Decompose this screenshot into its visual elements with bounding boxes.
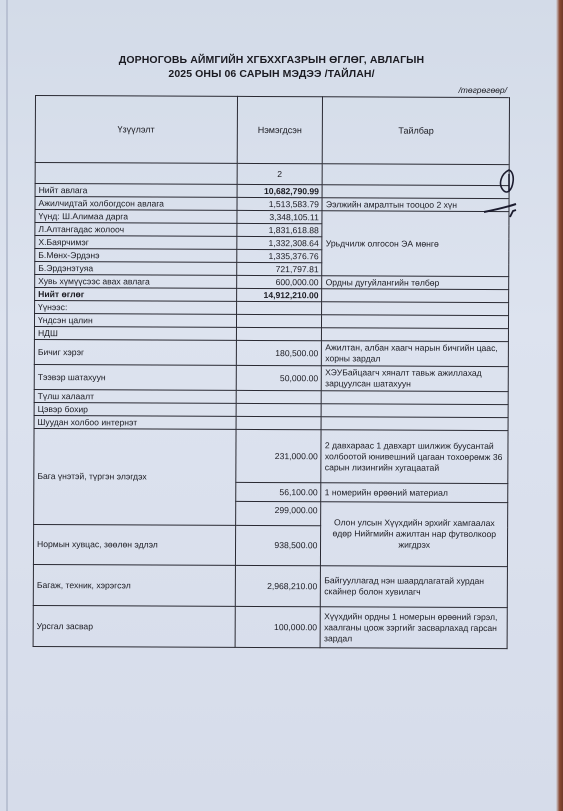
table-row-low-value: Бага үнэтэй, түргэн элэгдэх 231,000.00 2… [34,428,508,483]
report-table: Үзүүлэлт Нэмэгдсэн Тайлбар 2 Нийт авлага… [33,95,510,649]
header-row: Үзүүлэлт Нэмэгдсэн Тайлбар [35,96,509,165]
advance-note: Урьдчилж олгосон ЭА мөнгө [322,211,509,277]
header-increased: Нэмэгдсэн [237,96,323,163]
document-title-line1: ДОРНОГОВЬ АЙМГИЙН ХГБХХГАЗРЫН ӨГЛӨГ, АВЛ… [0,54,553,66]
table-row: Тээвэр шатахуун 50,000.00 ХЭУБайцаагч хя… [34,364,508,391]
page-edge-left [6,0,8,811]
page-edge-right [556,0,563,811]
table-row: Урсгал засвар 100,000.00 Хүүхдийн ордны … [33,605,507,648]
handwritten-tick-icon [508,207,520,221]
table-row: Багаж, техник, хэрэгсэл 2,968,210.00 Бай… [33,564,507,607]
index-row: 2 [35,163,509,186]
table-row: Бичиг хэрэг 180,500.00 Ажилтан, албан ха… [34,339,508,366]
header-note: Тайлбар [323,97,510,165]
shared-note: Олон улсын Хүүхдийн эрхийг хамгаалах өдө… [321,502,508,567]
currency-unit: /төгрөгөөр/ [458,85,507,95]
header-indicator: Үзүүлэлт [35,96,237,164]
document-title-line2: 2025 ОНЫ 06 САРЫН МЭДЭЭ /ТАЙЛАН/ [0,68,553,80]
